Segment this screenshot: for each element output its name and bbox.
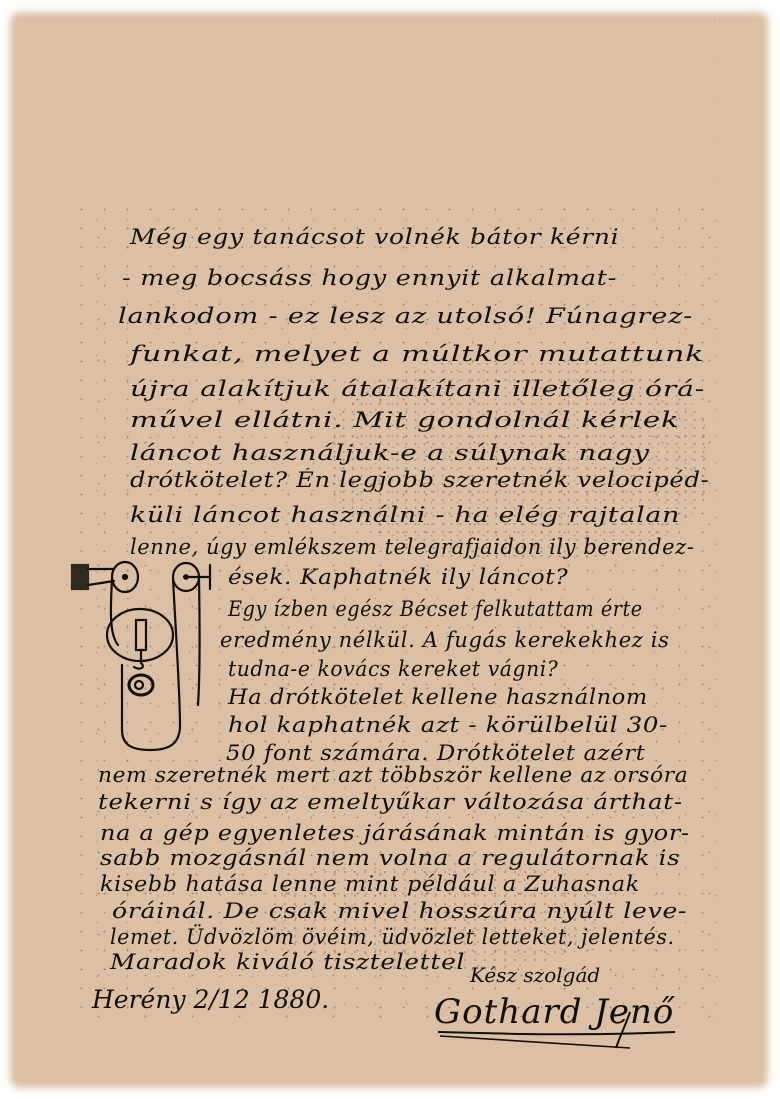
letter-line: sabb mozgásnál nem volna a regulátornak … [100,846,680,870]
hook-weight-icon [129,620,153,695]
letter-line: küli láncot használni - ha elég rajtalan [130,503,680,527]
letter-line: nem szeretnék mert azt többször kellene … [98,763,688,787]
letter-line: lemet. Üdvözlöm övéim, üdvözlet letteket… [110,925,675,949]
right-pulley-icon [173,563,210,591]
letter-line: Ha drótkötelet kellene használnom [228,685,648,709]
place-date: Herény 2/12 1880. [92,985,329,1014]
letter-line: óráinál. De csak mivel hosszúra nyúlt le… [112,899,687,923]
fold-line [714,20,715,1060]
closing-servant: Kész szolgád [470,963,600,987]
drive-loop-icon [107,579,200,750]
letter-line: 50 font számára. Drótkötelet azért [226,741,646,765]
letter-line: hol kaphatnék azt - körülbelül 30- [228,713,668,737]
letter-line: na a gép egyenletes járásának mintán is … [100,821,690,845]
chain-drive-sketch [68,555,218,760]
letter-line: tudna-e kovács kereket vágni? [228,657,558,681]
letter-line: művel ellátni. Mit gondolnál kérlek [130,408,680,432]
letter-line: drótkötelet? Én legjobb szeretnék veloci… [130,468,710,492]
letter-line: lankodom - ez lesz az utolsó! Fúnagrez- [118,304,693,328]
letter-line: - meg bocsáss hogy ennyit alkalmat- [122,266,617,290]
mounting-bracket-icon [72,565,114,589]
letter-line: Még egy tanácsot volnék bátor kérni [130,225,619,249]
letter-line: Maradok kiváló tisztelettel [110,950,465,974]
letter-line: tekerni s így az emeltyűkar változása ár… [98,790,683,814]
letter-line: láncot használjuk-e a súlynak nagy [130,441,650,465]
letter-line: funkat, melyet a múltkor mutattunk [130,342,704,366]
letter-line: ések. Kaphatnék ily láncot? [228,565,568,589]
letter-line: Egy ízben egész Bécset felkutattam érte [228,597,643,621]
signature-flourish [430,1010,680,1050]
left-pulley-icon [112,562,138,592]
letter-line: újra alakítjuk átalakítani illetőleg órá… [130,377,705,401]
letter-line: eredmény nélkül. A fugás kerekekhez is [220,628,670,652]
letter-line: kisebb hatása lenne mint például a Zuhas… [100,872,640,896]
